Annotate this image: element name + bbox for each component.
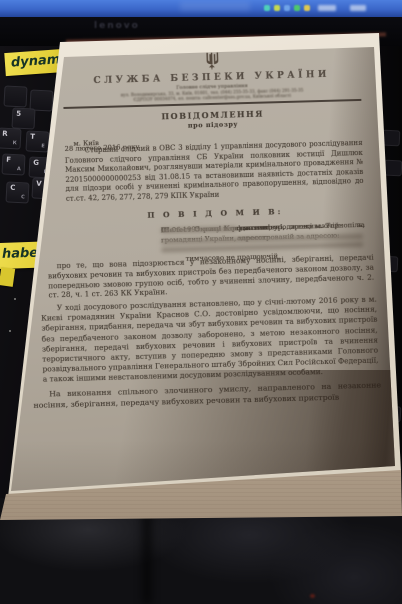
sticky-note-scrap: [0, 267, 15, 287]
key-label: C: [10, 185, 15, 191]
laptop-screen: [0, 0, 402, 17]
keyboard-key: [3, 85, 27, 107]
key-alt-label: Е: [41, 143, 45, 149]
sticky-note-top: dynam: [4, 49, 65, 76]
fabric-seam: [142, 508, 152, 604]
key-label: T: [30, 134, 35, 140]
keyboard-key: R К: [0, 127, 22, 149]
key-label: F: [6, 157, 11, 163]
key-label: R: [2, 131, 8, 137]
tray-icon: [264, 5, 270, 11]
keyboard-key: [384, 160, 402, 177]
tray-text-smudge: [318, 5, 336, 11]
sticky-note-text: dynam: [10, 52, 60, 70]
tray-icon: [284, 5, 290, 11]
keyboard-key: F А: [1, 153, 25, 175]
photo-scene: lenovo 5 R К T Е F А G П C С V М: [0, 0, 402, 604]
key-label: G: [33, 160, 39, 166]
tray-icon: [274, 5, 280, 11]
key-alt-label: А: [17, 166, 21, 172]
dust-speck: [9, 330, 11, 332]
key-label: 5: [16, 111, 21, 117]
tray-icon: [304, 5, 310, 11]
laptop-brand-logo: lenovo: [94, 21, 140, 31]
tray-icon: [294, 5, 300, 11]
key-alt-label: С: [21, 194, 25, 200]
system-tray: [246, 0, 396, 17]
keyboard-key: T Е: [25, 130, 49, 152]
keyboard-key: 5: [11, 107, 35, 129]
key-alt-label: К: [13, 140, 17, 146]
screen-glare: [180, 2, 250, 11]
red-speck: [310, 594, 315, 598]
keyboard-key: C С: [5, 181, 29, 203]
key-label: V: [36, 181, 42, 187]
tray-clock-smudge: [350, 5, 366, 11]
dust-speck: [14, 298, 16, 300]
